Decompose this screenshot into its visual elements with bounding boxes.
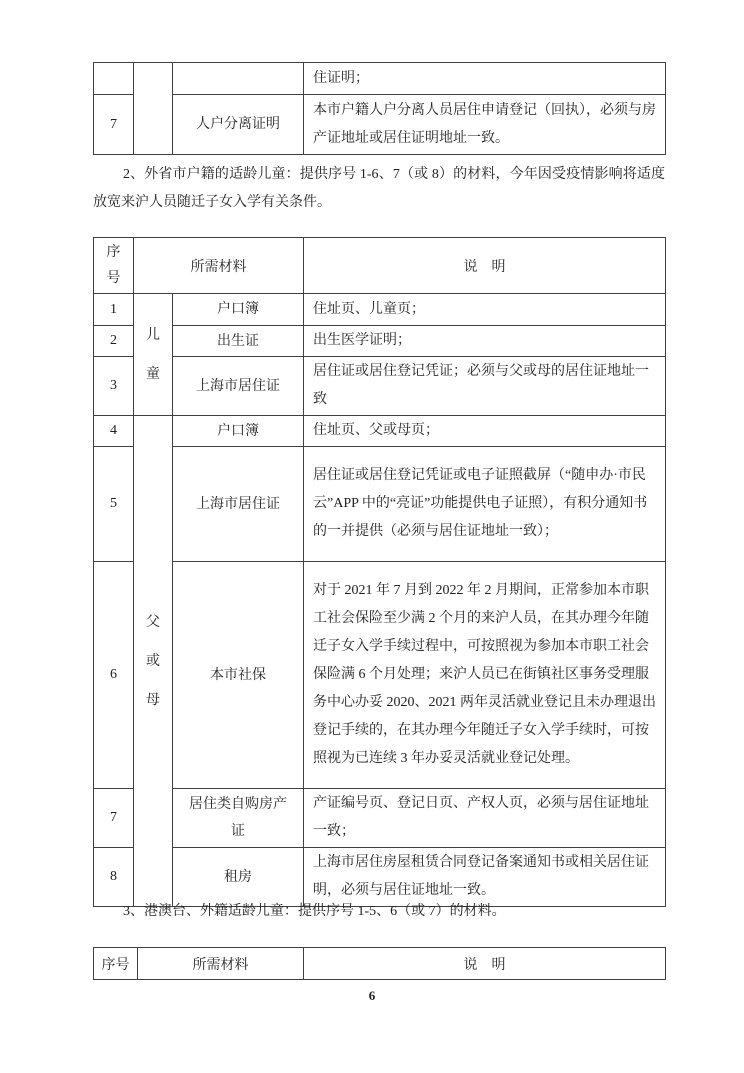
description-cell: 住证明； [304,63,666,95]
material-cell: 居住类自购房产证 [173,789,304,848]
description-cell: 住址页、儿童页； [304,294,666,326]
seq-cell: 4 [94,416,134,447]
material-cell: 本市社保 [173,562,304,789]
seq-cell: 2 [94,326,134,357]
table-row: 1 儿 童 户口簿 住址页、儿童页； [94,294,666,326]
table-row: 3 上海市居住证 居住证或居住登记凭证；必须与父或母的居住证地址一致 [94,357,666,416]
group-cell-parent: 父 或 母 [134,416,173,907]
material-cell: 出生证 [173,326,304,357]
seq-cell: 5 [94,447,134,562]
seq-cell [94,63,134,95]
seq-cell: 6 [94,562,134,789]
note-outer-province-children: 2、外省市户籍的适龄儿童：提供序号 1-6、7（或 8）的材料，今年因受疫情影响… [93,161,665,217]
header-description-cell: 说 明 [304,238,666,294]
group-cell-child: 儿 童 [134,294,173,416]
header-seq-cell: 序 号 [94,238,134,294]
description-cell: 居住证或居住登记凭证；必须与父或母的居住证地址一致 [304,357,666,416]
material-cell: 户口簿 [173,416,304,447]
header-material-cell: 所需材料 [138,948,304,980]
table-row: 住证明； [94,63,666,95]
table-header-row: 序号 所需材料 说 明 [94,948,666,980]
document-page: 住证明； 7 人户分离证明 本市户籍人户分离人员居住申请登记（回执），必须与房产… [0,0,744,1073]
note-hmt-foreign-children: 3、港澳台、外籍适龄儿童：提供序号 1-5、6（或 7）的材料。 [93,898,665,926]
description-cell: 居住证或居住登记凭证或电子证照截屏（“随申办·市民云”APP 中的“亮证”功能提… [304,447,666,562]
table-row: 7 人户分离证明 本市户籍人户分离人员居住申请登记（回执），必须与房产证地址或居… [94,95,666,155]
header-material-cell: 所需材料 [134,238,304,294]
table-row: 5 上海市居住证 居住证或居住登记凭证或电子证照截屏（“随申办·市民云”APP … [94,447,666,562]
material-cell: 人户分离证明 [173,95,304,155]
enrollment-materials-table: 序 号 所需材料 说 明 1 儿 童 户口簿 住址页、儿童页； 2 出生证 出生… [93,237,666,907]
material-cell: 上海市居住证 [173,357,304,416]
seq-cell: 1 [94,294,134,326]
header-seq-cell: 序号 [94,948,138,980]
table-row: 6 本市社保 对于 2021 年 7 月到 2022 年 2 月期间，正常参加本… [94,562,666,789]
table-row: 7 居住类自购房产证 产证编号页、登记日页、产权人页，必须与居住证地址一致； [94,789,666,848]
description-cell: 出生医学证明； [304,326,666,357]
description-cell: 产证编号页、登记日页、产权人页，必须与居住证地址一致； [304,789,666,848]
table-row: 4 父 或 母 户口簿 住址页、父或母页； [94,416,666,447]
header-description-cell: 说 明 [304,948,666,980]
seq-cell: 3 [94,357,134,416]
material-cell: 上海市居住证 [173,447,304,562]
table-row: 2 出生证 出生医学证明； [94,326,666,357]
continuation-table: 住证明； 7 人户分离证明 本市户籍人户分离人员居住申请登记（回执），必须与房产… [93,62,666,155]
group-cell [134,63,173,155]
seq-cell: 7 [94,95,134,155]
description-cell: 对于 2021 年 7 月到 2022 年 2 月期间，正常参加本市职工社会保险… [304,562,666,789]
seq-cell: 7 [94,789,134,848]
page-number: 6 [0,988,744,1004]
material-cell: 户口簿 [173,294,304,326]
description-cell: 住址页、父或母页； [304,416,666,447]
material-cell [173,63,304,95]
description-cell: 本市户籍人户分离人员居住申请登记（回执），必须与房产证地址或居住证明地址一致。 [304,95,666,155]
table-header-row: 序 号 所需材料 说 明 [94,238,666,294]
next-table-header: 序号 所需材料 说 明 [93,947,666,980]
